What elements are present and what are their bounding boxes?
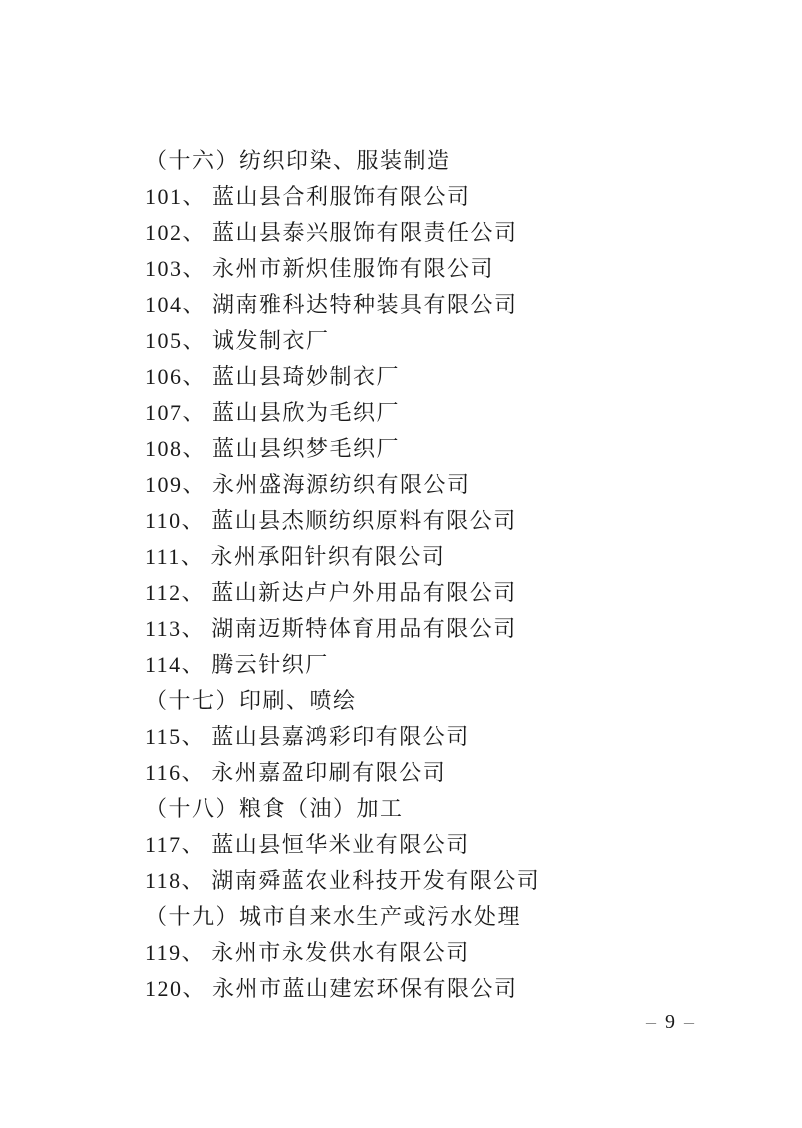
page-footer: –9– xyxy=(646,1008,694,1036)
list-item: 110、蓝山县杰顺纺织原料有限公司 xyxy=(145,503,540,539)
item-number: 120、 xyxy=(145,976,206,1001)
item-number: 101、 xyxy=(145,184,206,209)
list-item: 106、蓝山县琦妙制衣厂 xyxy=(145,359,540,395)
item-number: 119、 xyxy=(145,940,205,965)
company-name: 永州嘉盈印刷有限公司 xyxy=(211,760,446,785)
list-item: 116、永州嘉盈印刷有限公司 xyxy=(145,755,540,791)
section-heading: （十九）城市自来水生产或污水处理 xyxy=(145,899,540,935)
company-name: 腾云针织厂 xyxy=(211,652,329,677)
item-number: 106、 xyxy=(145,364,206,389)
company-name: 湖南雅科达特种装具有限公司 xyxy=(212,292,518,317)
item-number: 107、 xyxy=(145,400,206,425)
item-number: 114、 xyxy=(145,652,205,677)
section-heading: （十七）印刷、喷绘 xyxy=(145,683,540,719)
company-name: 蓝山新达卢户外用品有限公司 xyxy=(211,580,517,605)
list-item: 120、永州市蓝山建宏环保有限公司 xyxy=(145,971,540,1007)
page-number-dash-right: – xyxy=(684,1011,694,1033)
company-name: 蓝山县织梦毛织厂 xyxy=(212,436,400,461)
item-number: 110、 xyxy=(145,508,205,533)
company-list: （十六）纺织印染、服装制造101、蓝山县合利服饰有限公司102、蓝山县泰兴服饰有… xyxy=(145,143,540,1007)
list-item: 102、蓝山县泰兴服饰有限责任公司 xyxy=(145,215,540,251)
company-name: 永州市新炽佳服饰有限公司 xyxy=(212,256,494,281)
list-item: 114、腾云针织厂 xyxy=(145,647,540,683)
list-item: 113、湖南迈斯特体育用品有限公司 xyxy=(145,611,540,647)
page-number: 9 xyxy=(656,1011,684,1033)
item-number: 105、 xyxy=(145,328,206,353)
item-number: 109、 xyxy=(145,472,206,497)
item-number: 118、 xyxy=(145,868,205,893)
company-name: 永州盛海源纺织有限公司 xyxy=(212,472,471,497)
company-name: 蓝山县琦妙制衣厂 xyxy=(212,364,400,389)
item-number: 104、 xyxy=(145,292,206,317)
list-item: 103、永州市新炽佳服饰有限公司 xyxy=(145,251,540,287)
list-item: 119、永州市永发供水有限公司 xyxy=(145,935,540,971)
company-name: 蓝山县杰顺纺织原料有限公司 xyxy=(211,508,517,533)
item-number: 113、 xyxy=(145,616,205,641)
item-number: 112、 xyxy=(145,580,205,605)
list-item: 112、蓝山新达卢户外用品有限公司 xyxy=(145,575,540,611)
item-number: 103、 xyxy=(145,256,206,281)
list-item: 118、湖南舜蓝农业科技开发有限公司 xyxy=(145,863,540,899)
section-heading: （十六）纺织印染、服装制造 xyxy=(145,143,540,179)
company-name: 蓝山县嘉鸿彩印有限公司 xyxy=(211,724,470,749)
list-item: 105、诚发制衣厂 xyxy=(145,323,540,359)
company-name: 永州市永发供水有限公司 xyxy=(211,940,470,965)
company-name: 蓝山县恒华米业有限公司 xyxy=(211,832,470,857)
list-item: 115、蓝山县嘉鸿彩印有限公司 xyxy=(145,719,540,755)
list-item: 104、湖南雅科达特种装具有限公司 xyxy=(145,287,540,323)
item-number: 115、 xyxy=(145,724,205,749)
item-number: 111、 xyxy=(145,544,204,569)
company-name: 永州市蓝山建宏环保有限公司 xyxy=(212,976,518,1001)
item-number: 108、 xyxy=(145,436,206,461)
company-name: 永州承阳针织有限公司 xyxy=(210,544,445,569)
list-item: 107、蓝山县欣为毛织厂 xyxy=(145,395,540,431)
item-number: 117、 xyxy=(145,832,205,857)
item-number: 102、 xyxy=(145,220,206,245)
section-heading: （十八）粮食（油）加工 xyxy=(145,791,540,827)
list-item: 101、蓝山县合利服饰有限公司 xyxy=(145,179,540,215)
list-item: 111、永州承阳针织有限公司 xyxy=(145,539,540,575)
document-page: （十六）纺织印染、服装制造101、蓝山县合利服饰有限公司102、蓝山县泰兴服饰有… xyxy=(0,0,802,1128)
company-name: 湖南迈斯特体育用品有限公司 xyxy=(211,616,517,641)
company-name: 诚发制衣厂 xyxy=(212,328,330,353)
list-item: 108、蓝山县织梦毛织厂 xyxy=(145,431,540,467)
item-number: 116、 xyxy=(145,760,205,785)
list-item: 109、永州盛海源纺织有限公司 xyxy=(145,467,540,503)
list-item: 117、蓝山县恒华米业有限公司 xyxy=(145,827,540,863)
company-name: 蓝山县欣为毛织厂 xyxy=(212,400,400,425)
page-number-dash-left: – xyxy=(646,1011,656,1033)
company-name: 蓝山县合利服饰有限公司 xyxy=(212,184,471,209)
company-name: 湖南舜蓝农业科技开发有限公司 xyxy=(211,868,540,893)
company-name: 蓝山县泰兴服饰有限责任公司 xyxy=(212,220,518,245)
